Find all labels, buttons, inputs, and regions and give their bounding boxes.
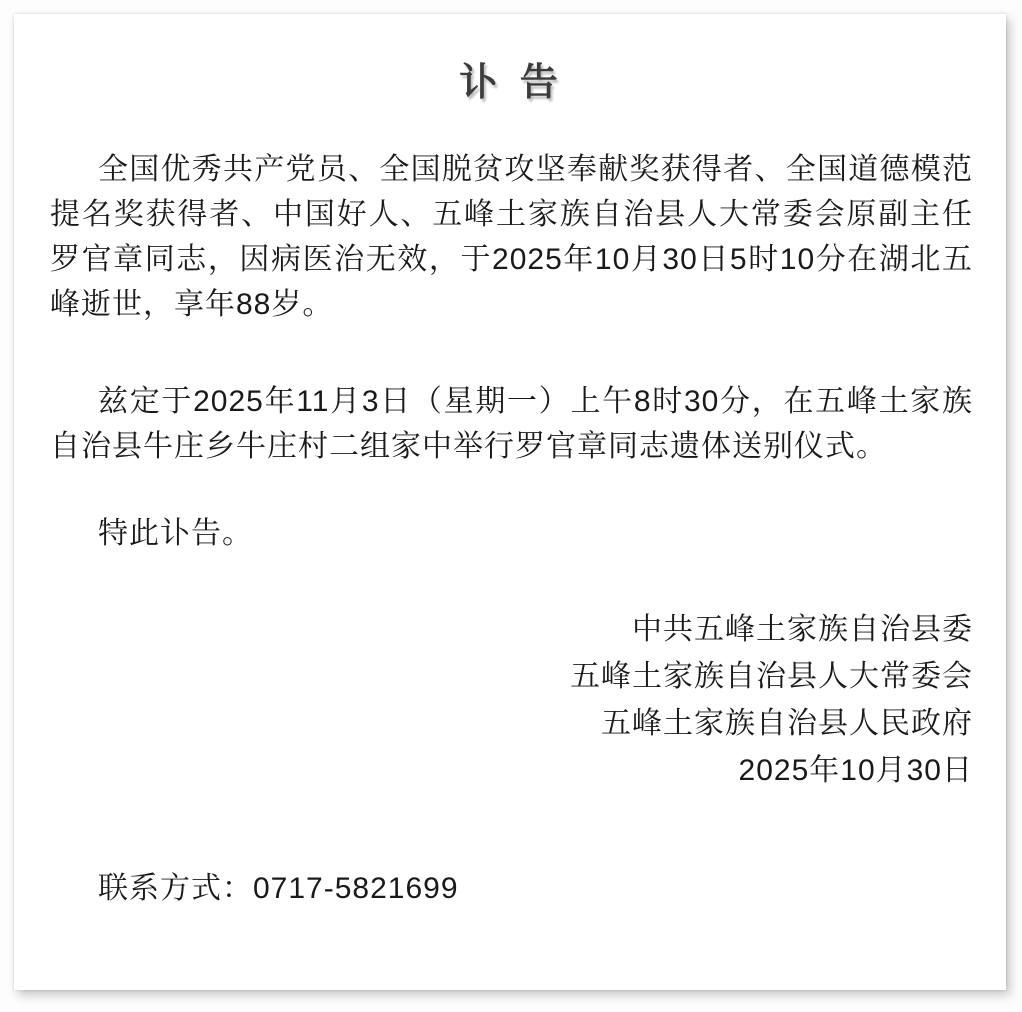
obituary-notice-sheet: 讣 告 全国优秀共产党员、全国脱贫攻坚奉献奖获得者、全国道德模范提名奖获得者、中… <box>14 14 1006 990</box>
notice-paragraph-deceased-info: 全国优秀共产党员、全国脱贫攻坚奉献奖获得者、全国道德模范提名奖获得者、中国好人、… <box>50 147 973 327</box>
notice-closing-line: 特此讣告。 <box>50 511 973 556</box>
notice-date: 2025年10月30日 <box>50 747 973 794</box>
contact-line: 联系方式：0717-5821699 <box>50 866 973 911</box>
notice-paragraph-ceremony-info: 兹定于2025年11月3日（星期一）上午8时30分，在五峰土家族自治县牛庄乡牛庄… <box>50 379 973 469</box>
signature-line-party-committee: 中共五峰土家族自治县委 <box>50 606 973 653</box>
notice-title: 讣 告 <box>50 61 973 105</box>
signature-line-peoples-congress: 五峰土家族自治县人大常委会 <box>50 653 973 700</box>
signature-line-peoples-government: 五峰土家族自治县人民政府 <box>50 700 973 747</box>
signature-block: 中共五峰土家族自治县委 五峰土家族自治县人大常委会 五峰土家族自治县人民政府 2… <box>50 606 973 794</box>
